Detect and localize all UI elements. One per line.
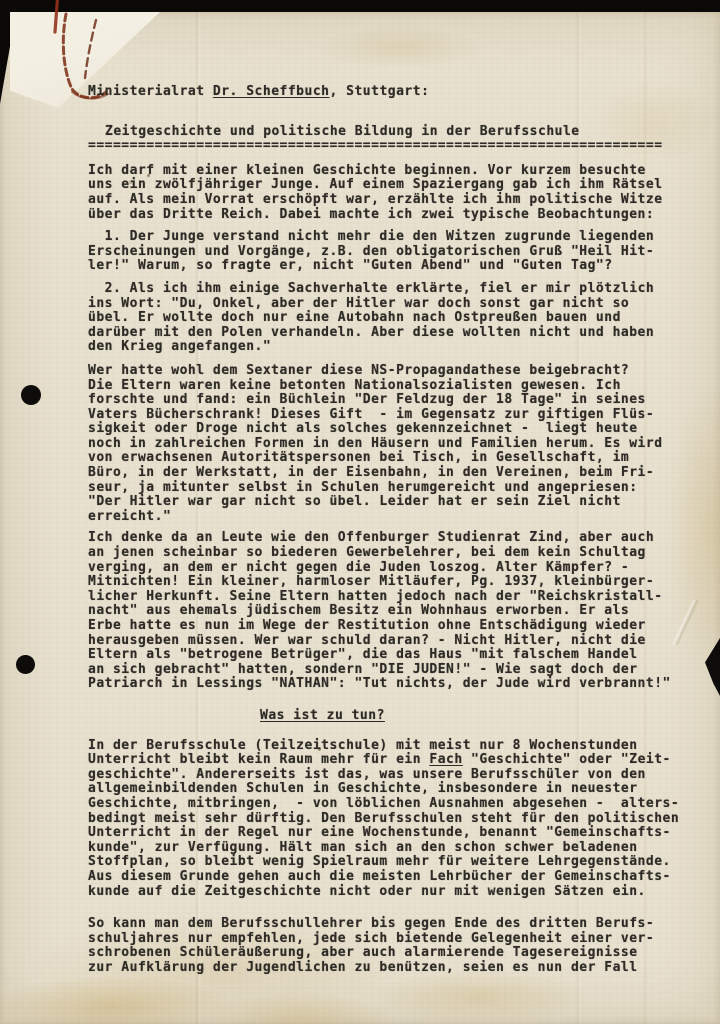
author-line: Ministerialrat Dr. Scheffbuch, Stuttgart… <box>88 85 692 100</box>
paragraph: Wer hatte wohl dem Sextaner diese NS-Pro… <box>88 364 692 525</box>
paragraph-numbered-1: 1. Der Junge verstand nicht mehr die den… <box>88 230 692 274</box>
paragraph: Ich denke da an Leute wie den Offenburge… <box>88 531 692 692</box>
document-title: Zeitgeschichte und politische Bildung in… <box>88 125 692 140</box>
section-heading: Was ist zu tun? <box>88 709 692 724</box>
scan-background: { "colors": { "scan_background": "#0a090… <box>0 0 720 1024</box>
title-rule: ========================================… <box>88 139 692 154</box>
document-content: Ministerialrat Dr. Scheffbuch, Stuttgart… <box>0 0 720 984</box>
paragraph: So kann man dem Berufsschullehrer bis ge… <box>88 917 692 975</box>
paragraph: Ich darf mit einer kleinen Geschichte be… <box>88 164 692 222</box>
paragraph-numbered-2: 2. Als ich ihm einige Sachverhalte erklä… <box>88 282 692 355</box>
paragraph: In der Berufsschule (Teilzeitschule) mit… <box>88 739 692 900</box>
